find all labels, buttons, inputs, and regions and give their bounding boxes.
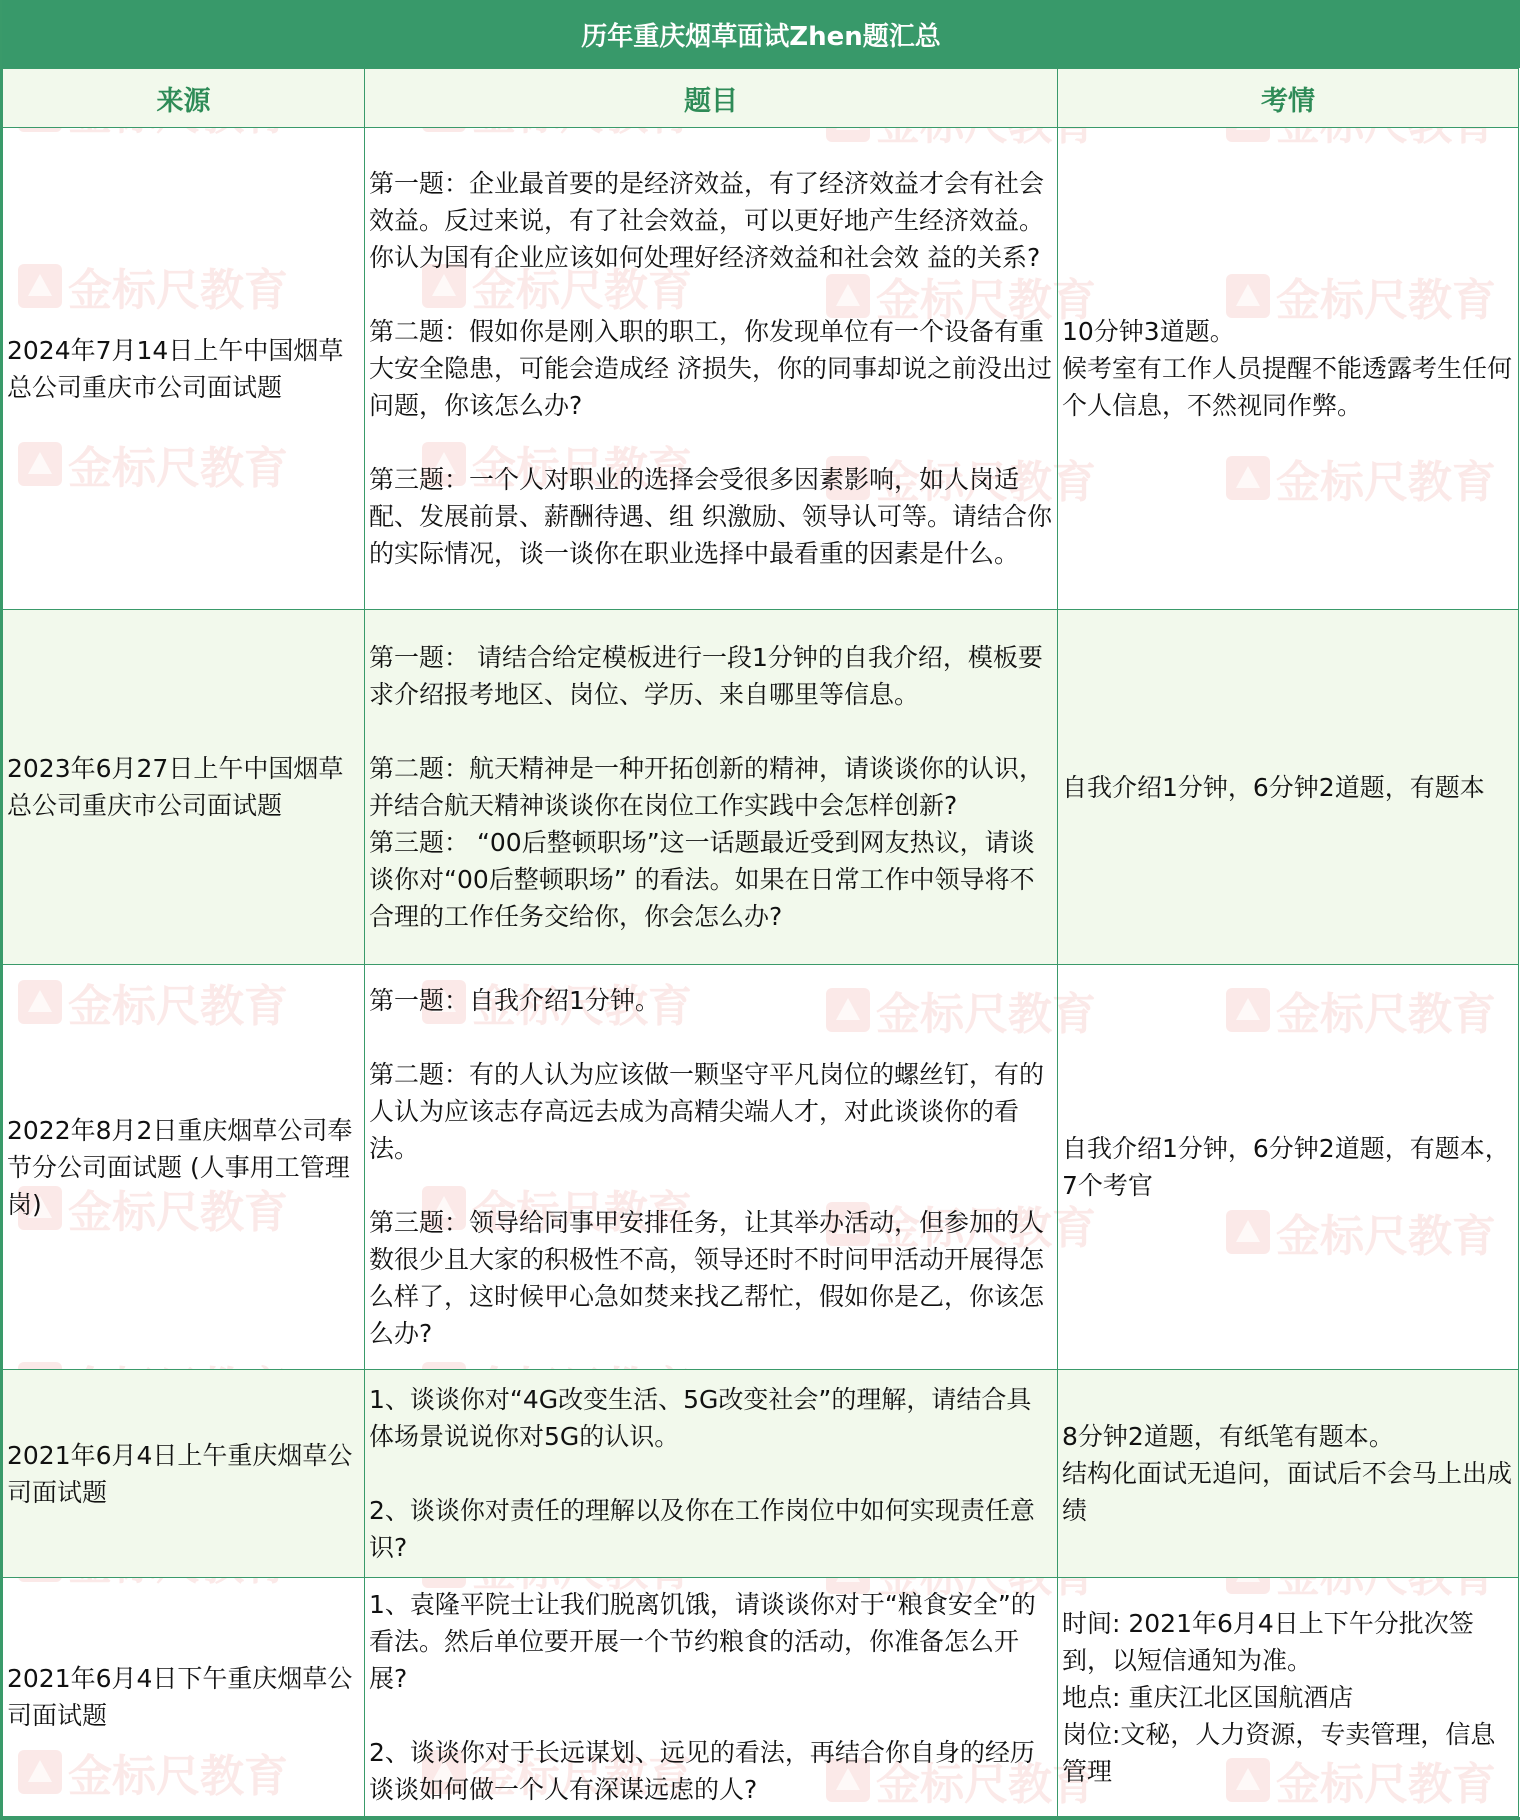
questions-cell: 第一题： 请结合给定模板进行一段1分钟的自我介绍，模板要求介绍报考地区、岗位、学… <box>365 610 1058 965</box>
info-text: 结构化面试无追问，面试后不会马上出成绩 <box>1062 1455 1514 1529</box>
table-row: 2022年8月2日重庆烟草公司奉节分公司面试题 (人事用工管理岗) 第一题：自我… <box>3 965 1519 1370</box>
exam-info-cell: 10分钟3道题。 候考室有工作人员提醒不能透露考生任何个人信息，不然视同作弊。 <box>1058 128 1519 610</box>
question-text: 1、谈谈你对“4G改变生活、5G改变社会”的理解，请结合具体场景说说你对5G的认… <box>369 1381 1053 1455</box>
question-text: 1、袁隆平院士让我们脱离饥饿，请谈谈你对于“粮食安全”的看法。然后单位要开展一个… <box>369 1586 1053 1697</box>
exam-info-cell: 自我介绍1分钟，6分钟2道题，有题本 <box>1058 610 1519 965</box>
table-row: 2021年6月4日上午重庆烟草公司面试题 1、谈谈你对“4G改变生活、5G改变社… <box>3 1370 1519 1578</box>
source-cell: 2023年6月27日上午中国烟草总公司重庆市公司面试题 <box>3 610 365 965</box>
question-text: 第二题：有的人认为应该做一颗坚守平凡岗位的螺丝钉，有的人认为应该志存高远去成为高… <box>369 1056 1053 1167</box>
question-text: 2、谈谈你对责任的理解以及你在工作岗位中如何实现责任意识? <box>369 1492 1053 1566</box>
info-text: 时间: 2021年6月4日上下午分批次签到，以短信通知为准。 <box>1062 1605 1514 1679</box>
source-cell: 2024年7月14日上午中国烟草总公司重庆市公司面试题 <box>3 128 365 610</box>
info-text: 8分钟2道题，有纸笔有题本。 <box>1062 1418 1514 1455</box>
question-text: 第二题：航天精神是一种开拓创新的精神，请谈谈你的认识，并结合航天精神谈谈你在岗位… <box>369 750 1053 824</box>
questions-cell: 第一题：自我介绍1分钟。 第二题：有的人认为应该做一颗坚守平凡岗位的螺丝钉，有的… <box>365 965 1058 1370</box>
question-text: 第一题： 请结合给定模板进行一段1分钟的自我介绍，模板要求介绍报考地区、岗位、学… <box>369 639 1053 713</box>
table-row: 2024年7月14日上午中国烟草总公司重庆市公司面试题 第一题：企业最首要的是经… <box>3 128 1519 610</box>
questions-cell: 1、谈谈你对“4G改变生活、5G改变社会”的理解，请结合具体场景说说你对5G的认… <box>365 1370 1058 1578</box>
header-row: 来源 题目 考情 <box>3 69 1519 128</box>
info-text: 10分钟3道题。 <box>1062 313 1514 350</box>
questions-cell: 第一题：企业最首要的是经济效益，有了经济效益才会有社会效益。反过来说，有了社会效… <box>365 128 1058 610</box>
source-cell: 2022年8月2日重庆烟草公司奉节分公司面试题 (人事用工管理岗) <box>3 965 365 1370</box>
exam-info-cell: 时间: 2021年6月4日上下午分批次签到，以短信通知为准。 地点: 重庆江北区… <box>1058 1578 1519 1817</box>
exam-info-cell: 8分钟2道题，有纸笔有题本。 结构化面试无追问，面试后不会马上出成绩 <box>1058 1370 1519 1578</box>
question-text: 第一题：自我介绍1分钟。 <box>369 982 1053 1019</box>
source-cell: 2021年6月4日下午重庆烟草公司面试题 <box>3 1578 365 1817</box>
info-text: 自我介绍1分钟，6分钟2道题，有题本 <box>1062 769 1514 806</box>
interview-summary-sheet: 历年重庆烟草面试Zhen题汇总 来源 题目 考情 2024年7月14日上午中国烟… <box>0 0 1520 1820</box>
question-text: 第三题：一个人对职业的选择会受很多因素影响，如人岗适配、发展前景、薪酬待遇、组 … <box>369 461 1053 572</box>
column-header-exam-info: 考情 <box>1058 69 1519 128</box>
info-text: 候考室有工作人员提醒不能透露考生任何个人信息，不然视同作弊。 <box>1062 350 1514 424</box>
column-header-questions: 题目 <box>365 69 1058 128</box>
info-text: 自我介绍1分钟，6分钟2道题，有题本，7个考官 <box>1062 1130 1514 1204</box>
question-text: 第二题：假如你是刚入职的职工，你发现单位有一个设备有重大安全隐患，可能会造成经 … <box>369 313 1053 424</box>
source-cell: 2021年6月4日上午重庆烟草公司面试题 <box>3 1370 365 1578</box>
exam-info-cell: 自我介绍1分钟，6分钟2道题，有题本，7个考官 <box>1058 965 1519 1370</box>
table-row: 2023年6月27日上午中国烟草总公司重庆市公司面试题 第一题： 请结合给定模板… <box>3 610 1519 965</box>
questions-table: 来源 题目 考情 2024年7月14日上午中国烟草总公司重庆市公司面试题 第一题… <box>2 68 1519 1817</box>
question-text: 2、谈谈你对于长远谋划、远见的看法，再结合你自身的经历谈谈如何做一个人有深谋远虑… <box>369 1734 1053 1808</box>
info-text: 地点: 重庆江北区国航酒店 <box>1062 1679 1514 1716</box>
table-row: 2021年6月4日下午重庆烟草公司面试题 1、袁隆平院士让我们脱离饥饿，请谈谈你… <box>3 1578 1519 1817</box>
column-header-source: 来源 <box>3 69 365 128</box>
question-text: 第三题： “00后整顿职场”这一话题最近受到网友热议，请谈谈你对“00后整顿职场… <box>369 824 1053 935</box>
sheet-title: 历年重庆烟草面试Zhen题汇总 <box>2 0 1520 68</box>
question-text: 第三题：领导给同事甲安排任务，让其举办活动，但参加的人数很少且大家的积极性不高，… <box>369 1204 1053 1352</box>
info-text: 岗位:文秘，人力资源，专卖管理，信息管理 <box>1062 1716 1514 1790</box>
questions-cell: 1、袁隆平院士让我们脱离饥饿，请谈谈你对于“粮食安全”的看法。然后单位要开展一个… <box>365 1578 1058 1817</box>
question-text: 第一题：企业最首要的是经济效益，有了经济效益才会有社会效益。反过来说，有了社会效… <box>369 165 1053 276</box>
